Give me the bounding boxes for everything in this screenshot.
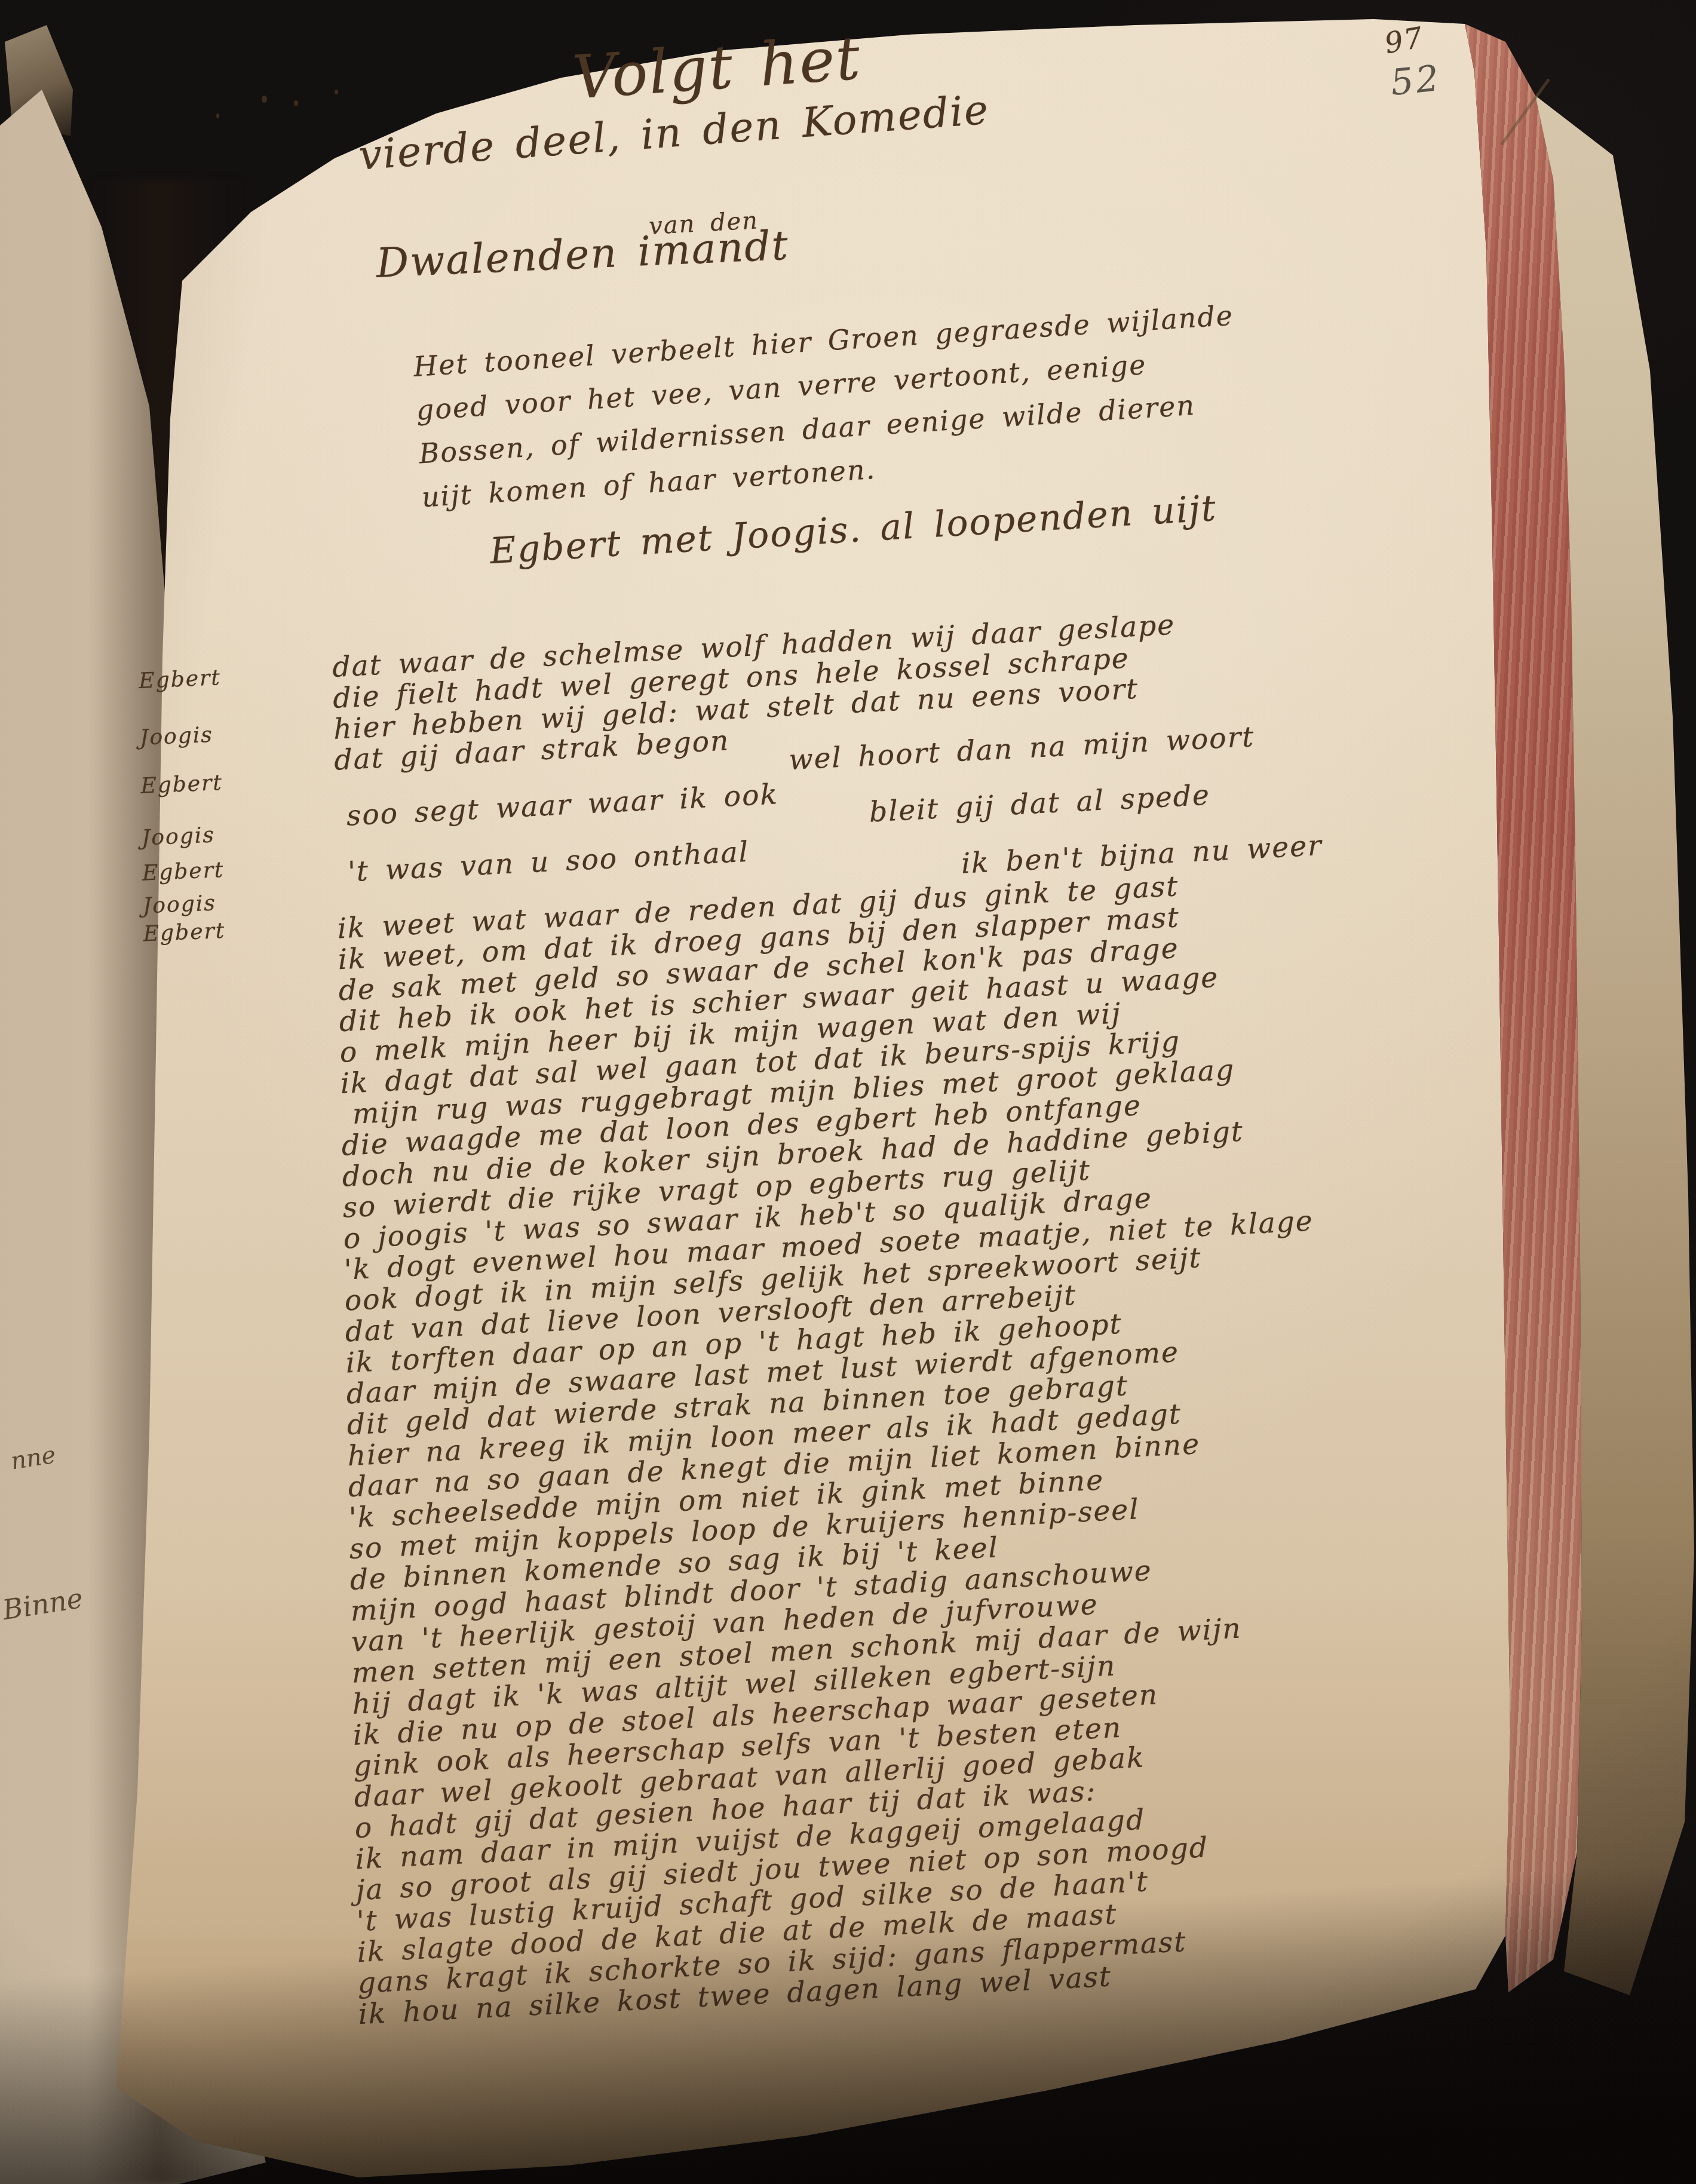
speaker-label: Egbert [140,769,223,800]
speaker-label: Egbert [143,918,225,948]
ink-speck [294,100,298,106]
folio-number-pencil: 52 [1389,57,1443,104]
speaker-label: Egbert [139,664,221,695]
speaker-margin-column: EgbertJoogisEgbertJoogisEgbertJoogisEgbe… [139,664,226,948]
folio-number-ink: 97 [1382,21,1427,60]
speaker-label: Joogis [142,821,224,852]
ink-speck [335,90,338,94]
speaker-label: Joogis [140,721,222,751]
ink-speck [262,96,267,103]
manuscript-photograph: nneBinne 97 52 Volgt het vierde deel, in… [0,0,1696,2184]
ink-speck [216,114,219,118]
speaker-label: Joogis [143,889,225,920]
speaker-label: Egbert [142,857,225,887]
dialogue-block: dat waar de schelmse wolf hadden wij daa… [332,595,1494,2030]
